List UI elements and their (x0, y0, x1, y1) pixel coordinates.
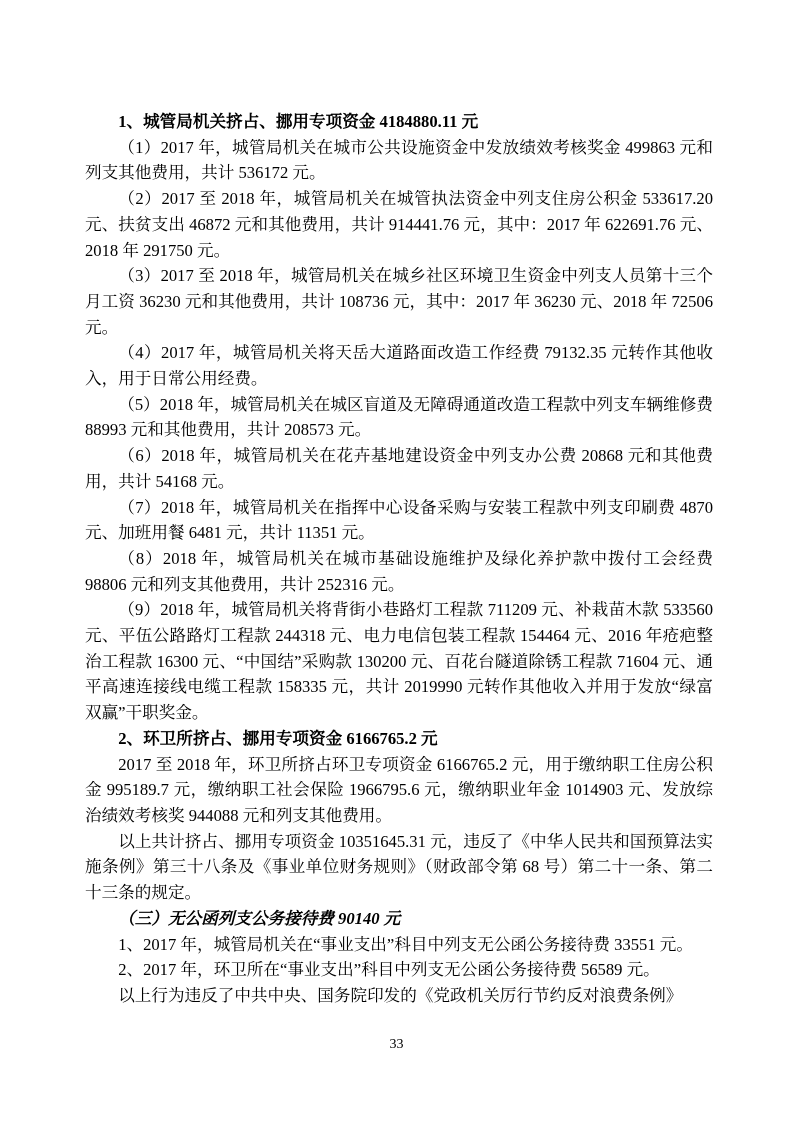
document-text-block: 1、城管局机关挤占、挪用专项资金 4184880.11 元 （1）2017 年，… (85, 109, 713, 1009)
paragraph-2-2: 以上共计挤占、挪用专项资金 10351645.31 元，违反了《中华人民共和国预… (85, 829, 713, 906)
paragraph-3-1: 1、2017 年，城管局机关在“事业支出”科目中列支无公函公务接待费 33551… (85, 932, 713, 958)
paragraph-2-1: 2017 至 2018 年，环卫所挤占环卫专项资金 6166765.2 元，用于… (85, 752, 713, 829)
paragraph-1-5: （5）2018 年，城管局机关在城区盲道及无障碍通道改造工程款中列支车辆维修费 … (85, 392, 713, 443)
section-heading-3: （三）无公函列支公务接待费 90140 元 (85, 906, 713, 932)
paragraph-1-4: （4）2017 年，城管局机关将天岳大道路面改造工作经费 79132.35 元转… (85, 340, 713, 391)
paragraph-1-1: （1）2017 年，城管局机关在城市公共设施资金中发放绩效考核奖金 499863… (85, 135, 713, 186)
page-number: 33 (0, 1036, 793, 1054)
paragraph-1-6: （6）2018 年，城管局机关在花卉基地建设资金中列支办公费 20868 元和其… (85, 443, 713, 494)
section-heading-1: 1、城管局机关挤占、挪用专项资金 4184880.11 元 (85, 109, 713, 135)
section-heading-2: 2、环卫所挤占、挪用专项资金 6166765.2 元 (85, 726, 713, 752)
paragraph-1-7: （7）2018 年，城管局机关在指挥中心设备采购与安装工程款中列支印刷费 487… (85, 495, 713, 546)
paragraph-1-9: （9）2018 年，城管局机关将背街小巷路灯工程款 711209 元、补栽苗木款… (85, 597, 713, 726)
paragraph-3-3: 以上行为违反了中共中央、国务院印发的《党政机关厉行节约反对浪费条例》 (85, 983, 713, 1009)
paragraph-1-2: （2）2017 至 2018 年，城管局机关在城管执法资金中列支住房公积金 53… (85, 186, 713, 263)
paragraph-1-8: （8）2018 年，城管局机关在城市基础设施维护及绿化养护款中拨付工会经费 98… (85, 546, 713, 597)
paragraph-1-3: （3）2017 至 2018 年，城管局机关在城乡社区环境卫生资金中列支人员第十… (85, 263, 713, 340)
paragraph-3-2: 2、2017 年，环卫所在“事业支出”科目中列支无公函公务接待费 56589 元… (85, 957, 713, 983)
document-page: 1、城管局机关挤占、挪用专项资金 4184880.11 元 （1）2017 年，… (0, 0, 793, 1122)
